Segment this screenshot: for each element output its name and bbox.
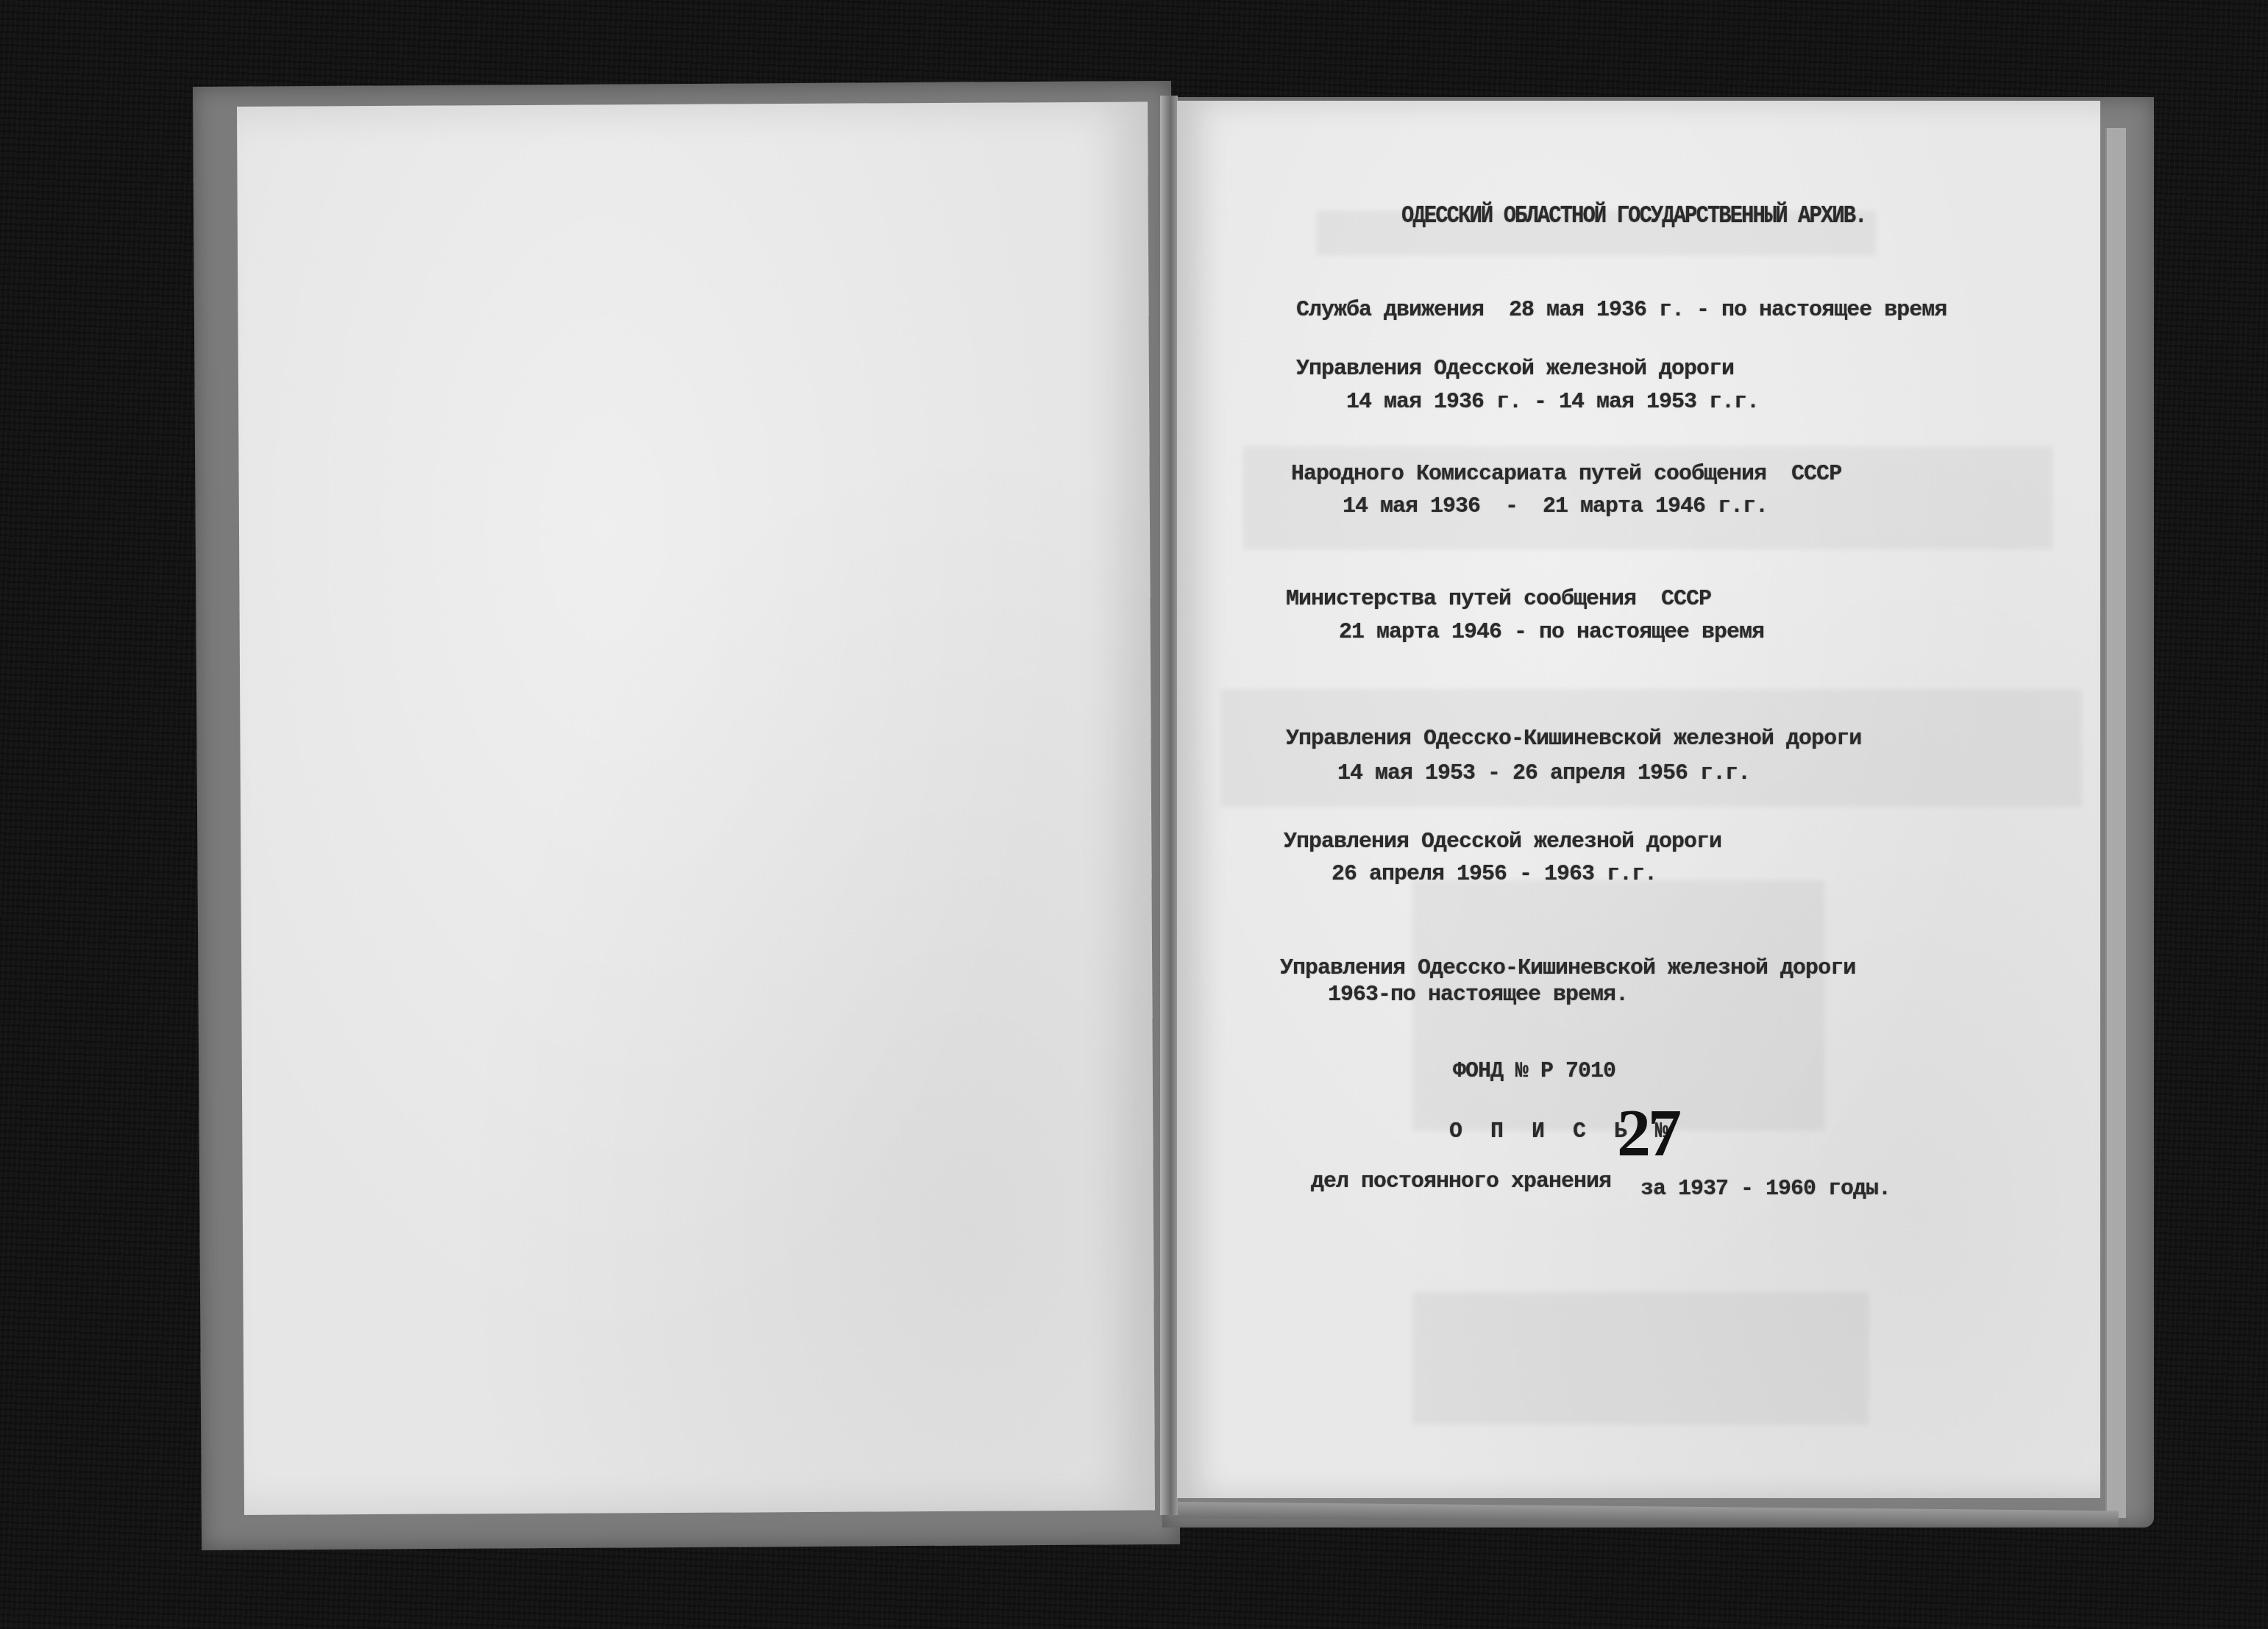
entry-title: Управления Одесско-Кишиневской железной … [1286, 727, 1861, 752]
storage-years: за 1937 - 1960 годы. [1640, 1177, 1891, 1202]
bleed-through [1412, 1292, 1869, 1425]
entry-period: 1963-по настоящее время. [1328, 983, 1628, 1008]
entry-period: 14 мая 1936 г. - 14 мая 1953 г.г. [1346, 390, 1759, 415]
entry-period: 14 мая 1953 - 26 апреля 1956 г.г. [1337, 761, 1750, 786]
archive-header: ОДЕССКИЙ ОБЛАСТНОЙ ГОСУДАРСТВЕННЫЙ АРХИВ… [1401, 202, 1866, 230]
entry-title: Народного Комиссариата путей сообщения С… [1291, 462, 1841, 487]
entry-title: Министерства путей сообщения СССР [1286, 587, 1711, 612]
entry-period: 26 апреля 1956 - 1963 г.г. [1332, 862, 1657, 887]
entry-title: Управления Одесской железной дороги [1296, 357, 1734, 382]
opis-number-stamp: 27 [1617, 1099, 1679, 1166]
entry-period: 21 марта 1946 - по настоящее время [1339, 620, 1764, 645]
entry-title: Служба движения 28 мая 1936 г. - по наст… [1296, 298, 1947, 323]
entry-period: 14 мая 1936 - 21 марта 1946 г.г. [1343, 494, 1768, 519]
fond-number: ФОНД № Р 7010 [1453, 1059, 1615, 1084]
storage-note: дел постоянного хранения [1311, 1169, 1611, 1194]
left-page-blank [237, 102, 1155, 1515]
page-stack-edge [2105, 128, 2126, 1518]
entry-title: Управления Одесско-Кишиневской железной … [1280, 956, 1855, 981]
book-gutter [1160, 96, 1178, 1515]
entry-title: Управления Одесской железной дороги [1284, 830, 1721, 855]
